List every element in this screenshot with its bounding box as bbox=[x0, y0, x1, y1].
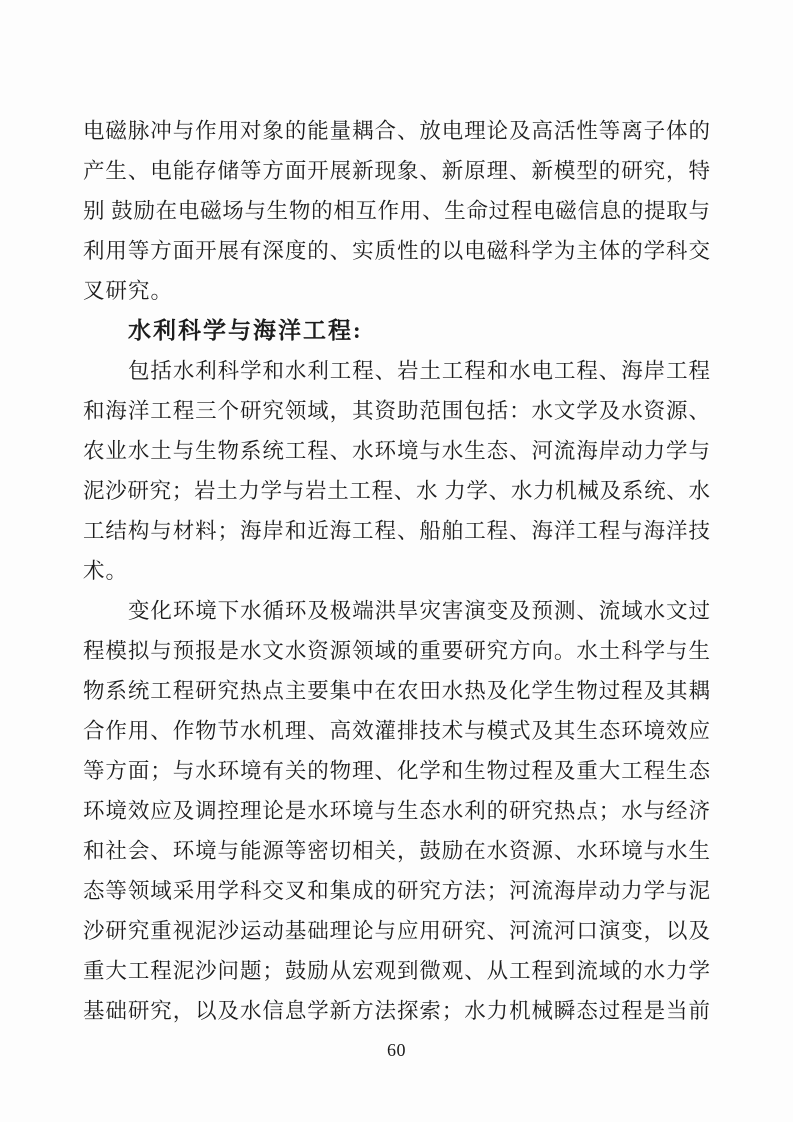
paragraph-line: 程模拟与预报是水文水资源领域的重要研究方向。水土科学与生 bbox=[83, 631, 710, 671]
paragraph-line: 术。 bbox=[83, 551, 710, 591]
paragraph-line: 物系统工程研究热点主要集中在农田水热及化学生物过程及其耦 bbox=[83, 671, 710, 711]
paragraph-line: 环境效应及调控理论是水环境与生态水利的研究热点；水与经济 bbox=[83, 791, 710, 831]
document-page: 电磁脉冲与作用对象的能量耦合、放电理论及高活性等离子体的 产生、电能存储等方面开… bbox=[0, 0, 793, 1122]
paragraph-line: 农业水土与生物系统工程、水环境与水生态、河流海岸动力学与 bbox=[83, 431, 710, 471]
paragraph-line: 和社会、环境与能源等密切相关，鼓励在水资源、水环境与水生 bbox=[83, 831, 710, 871]
paragraph-line: 重大工程泥沙问题；鼓励从宏观到微观、从工程到流域的水力学 bbox=[83, 951, 710, 991]
paragraph-line: 叉研究。 bbox=[83, 271, 710, 311]
paragraph-line: 态等领域采用学科交叉和集成的研究方法；河流海岸动力学与泥 bbox=[83, 871, 710, 911]
paragraph-line: 别 鼓励在电磁场与生物的相互作用、生命过程电磁信息的提取与 bbox=[83, 191, 710, 231]
paragraph-line: 合作用、作物节水机理、高效灌排技术与模式及其生态环境效应 bbox=[83, 711, 710, 751]
page-number: 60 bbox=[0, 1038, 793, 1062]
paragraph-line: 工结构与材料；海岸和近海工程、船舶工程、海洋工程与海洋技 bbox=[83, 511, 710, 551]
paragraph-line: 利用等方面开展有深度的、实质性的以电磁科学为主体的学科交 bbox=[83, 231, 710, 271]
paragraph-line: 电磁脉冲与作用对象的能量耦合、放电理论及高活性等离子体的 bbox=[83, 111, 710, 151]
paragraph-line: 包括水利科学和水利工程、岩土工程和水电工程、海岸工程 bbox=[83, 351, 710, 391]
paragraph-line: 产生、电能存储等方面开展新现象、新原理、新模型的研究，特 bbox=[83, 151, 710, 191]
text-block: 电磁脉冲与作用对象的能量耦合、放电理论及高活性等离子体的 产生、电能存储等方面开… bbox=[83, 111, 710, 1031]
paragraph-line: 等方面；与水环境有关的物理、化学和生物过程及重大工程生态 bbox=[83, 751, 710, 791]
paragraph-line: 基础研究，以及水信息学新方法探索；水力机械瞬态过程是当前 bbox=[83, 991, 710, 1031]
section-heading: 水利科学与海洋工程: bbox=[83, 311, 710, 351]
paragraph-line: 和海洋工程三个研究领域，其资助范围包括：水文学及水资源、 bbox=[83, 391, 710, 431]
paragraph-line: 泥沙研究；岩土力学与岩土工程、水 力学、水力机械及系统、水 bbox=[83, 471, 710, 511]
paragraph-line: 变化环境下水循环及极端洪旱灾害演变及预测、流域水文过 bbox=[83, 591, 710, 631]
paragraph-line: 沙研究重视泥沙运动基础理论与应用研究、河流河口演变，以及 bbox=[83, 911, 710, 951]
